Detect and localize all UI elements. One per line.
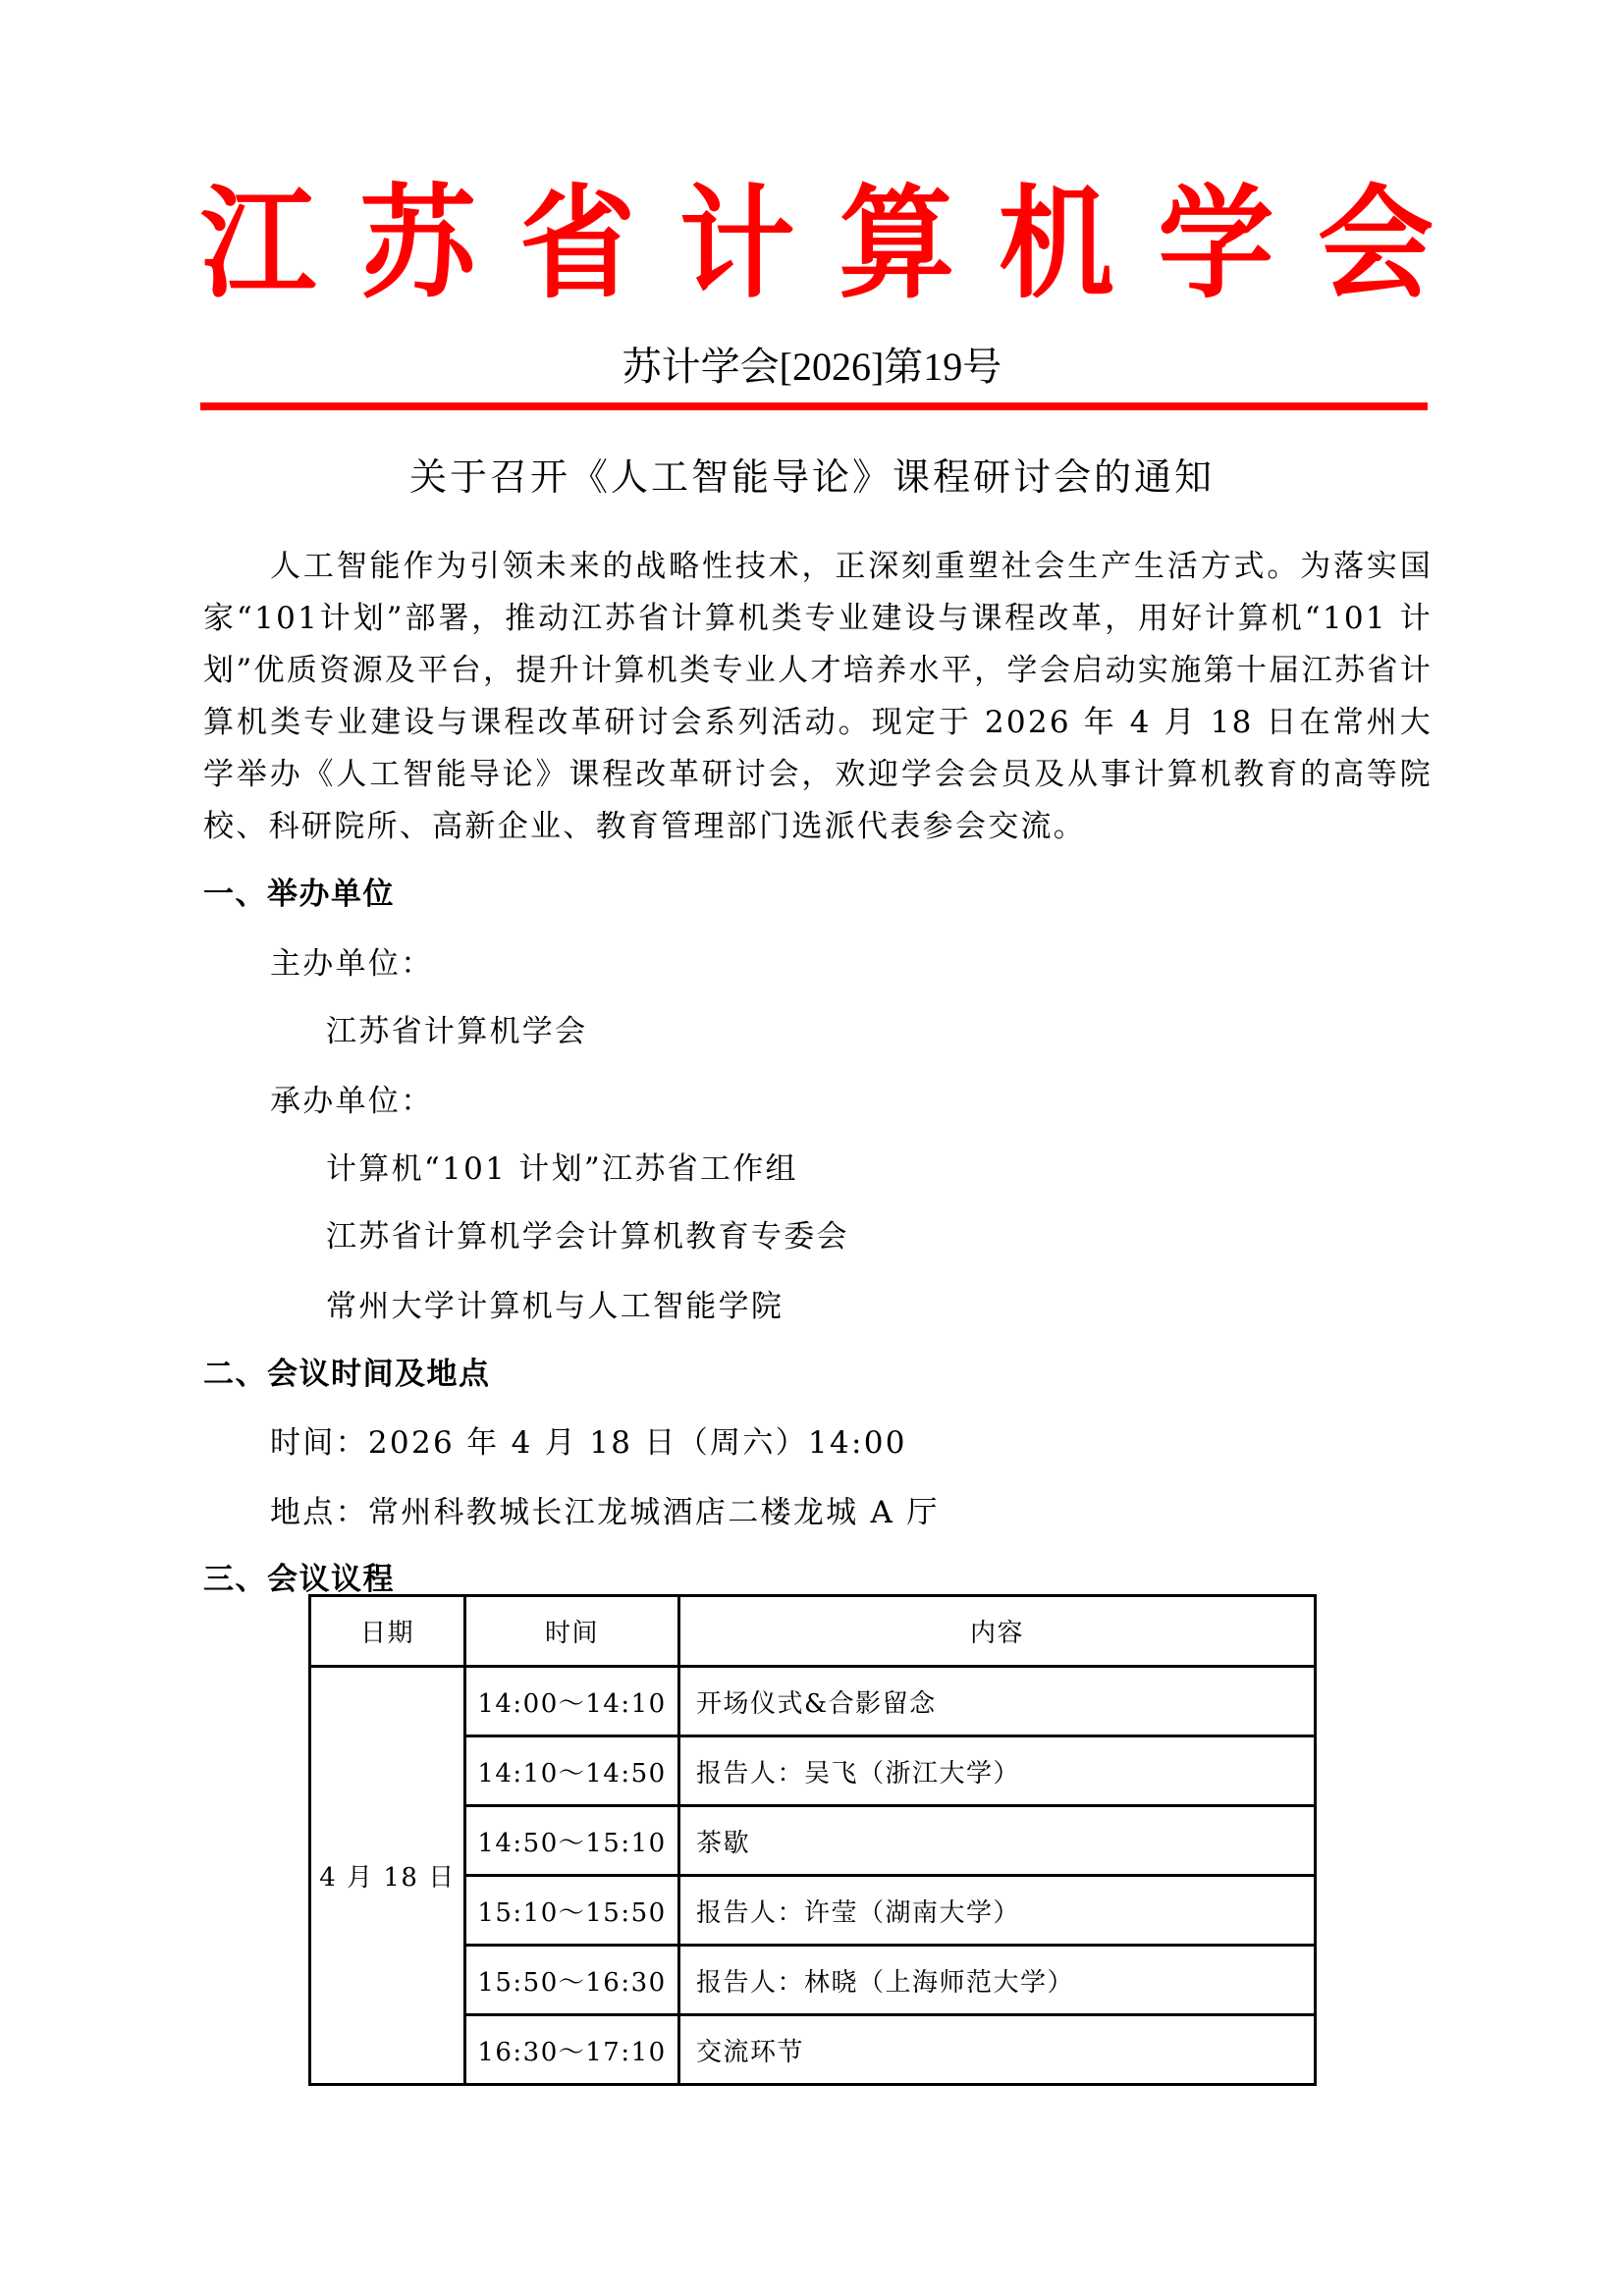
letterhead-char: 算 (839, 172, 954, 316)
agenda-date-cell: 4 月 18 日 (310, 1667, 465, 2085)
letterhead-char: 省 (519, 172, 635, 316)
letterhead-divider (200, 402, 1428, 410)
co-organizer-label: 承办单位： (270, 1080, 434, 1123)
agenda-content-cell: 开场仪式&合影留念 (679, 1667, 1316, 1736)
column-header-content: 内容 (679, 1596, 1316, 1667)
host-organization: 江苏省计算机学会 (326, 1010, 587, 1053)
agenda-header-row: 日期 时间 内容 (310, 1596, 1316, 1667)
agenda-time-cell: 14:10～14:50 (465, 1736, 679, 1806)
letterhead-char: 苏 (360, 172, 476, 316)
host-label: 主办单位： (270, 942, 434, 986)
document-number: 苏计学会[2026]第19号 (0, 338, 1624, 397)
letterhead-char: 江 (200, 172, 316, 316)
agenda-time-cell: 16:30～17:10 (465, 2015, 679, 2085)
agenda-time-cell: 14:00～14:10 (465, 1667, 679, 1736)
agenda-time-cell: 14:50～15:10 (465, 1806, 679, 1876)
section-heading-time-place: 二、会议时间及地点 (203, 1353, 491, 1396)
notice-title: 关于召开《人工智能导论》课程研讨会的通知 (0, 450, 1624, 505)
co-organizer-item: 常州大学计算机与人工智能学院 (326, 1285, 784, 1328)
meeting-time: 时间：2026 年 4 月 18 日（周六）14:00 (270, 1421, 907, 1465)
agenda-time-cell: 15:50～16:30 (465, 1946, 679, 2015)
agenda-content-cell: 报告人：许莹（湖南大学） (679, 1876, 1316, 1946)
co-organizer-item: 江苏省计算机学会计算机教育专委会 (326, 1215, 849, 1258)
co-organizer-item: 计算机“101 计划”江苏省工作组 (326, 1148, 798, 1191)
letterhead-char: 会 (1318, 172, 1434, 316)
intro-paragraph: 人工智能作为引领未来的战略性技术，正深刻重塑社会生产生活方式。为落实国家“101… (203, 541, 1433, 853)
section-heading-organizers: 一、举办单位 (203, 873, 395, 916)
agenda-content-cell: 茶歇 (679, 1806, 1316, 1876)
agenda-time-cell: 15:10～15:50 (465, 1876, 679, 1946)
letterhead-char: 计 (679, 172, 795, 316)
agenda-table: 日期 时间 内容 4 月 18 日 14:00～14:10 开场仪式&合影留念 … (308, 1594, 1317, 2086)
meeting-place: 地点：常州科教城长江龙城酒店二楼龙城 A 厅 (270, 1491, 940, 1534)
column-header-time: 时间 (465, 1596, 679, 1667)
agenda-content-cell: 报告人：吴飞（浙江大学） (679, 1736, 1316, 1806)
letterhead-char: 机 (999, 172, 1114, 316)
agenda-content-cell: 报告人：林晓（上海师范大学） (679, 1946, 1316, 2015)
agenda-content-cell: 交流环节 (679, 2015, 1316, 2085)
table-row: 4 月 18 日 14:00～14:10 开场仪式&合影留念 (310, 1667, 1316, 1736)
letterhead-char: 学 (1158, 172, 1273, 316)
organization-letterhead: 江 苏 省 计 算 机 学 会 (200, 175, 1434, 312)
column-header-date: 日期 (310, 1596, 465, 1667)
